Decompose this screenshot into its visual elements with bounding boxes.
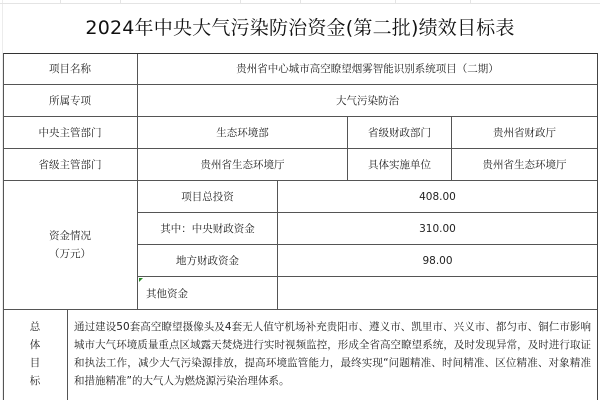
provincial-finance-dept-value: 贵州省财政厅 [452,117,598,149]
goal-label-char: 总 [30,318,41,336]
funding-item-label: 其他资金 [138,277,278,310]
funding-label-line2: （万元） [49,245,91,263]
funding-item-label: 其中：中央财政资金 [138,213,278,245]
funding-item-label: 地方财政资金 [138,245,278,277]
goal-label-char: 目 [30,354,41,372]
goal-label-char: 体 [30,336,41,354]
goal-label-char: 标 [30,372,41,390]
funding-label: 资金情况 （万元） [3,181,138,310]
central-dept-label: 中央主管部门 [3,117,138,149]
spreadsheet-top-gridline [0,0,600,4]
central-dept-value: 生态环境部 [138,117,348,149]
provincial-finance-dept-label: 省级财政部门 [348,117,452,149]
funding-item-value [278,277,598,310]
funding-item-value: 310.00 [278,213,598,245]
overall-goal-label: 总 体 目 标 [3,310,68,400]
funding-label-line1: 资金情况 [49,227,91,245]
project-name-value: 贵州省中心城市高空瞭望烟雾智能识别系统项目（二期） [138,53,598,85]
funding-item-value: 408.00 [278,181,598,213]
provincial-dept-label: 省级主管部门 [3,149,138,181]
overall-goal-text: 通过建设50套高空瞭望摄像头及4套无人值守机场补充贵阳市、遵义市、凯里市、兴义市… [68,310,598,400]
implementing-unit-label: 具体实施单位 [348,149,452,181]
cell-comment-marker-icon [139,278,143,282]
project-name-label: 项目名称 [3,53,138,85]
page-title: 2024年中央大气污染防治资金(第二批)绩效目标表 [0,8,600,48]
special-item-label: 所属专项 [3,85,138,117]
special-item-value: 大气污染防治 [138,85,598,117]
funding-item-value: 98.00 [278,245,598,277]
funding-item-label: 项目总投资 [138,181,278,213]
provincial-dept-value: 贵州省生态环境厅 [138,149,348,181]
implementing-unit-value: 贵州省生态环境厅 [452,149,598,181]
